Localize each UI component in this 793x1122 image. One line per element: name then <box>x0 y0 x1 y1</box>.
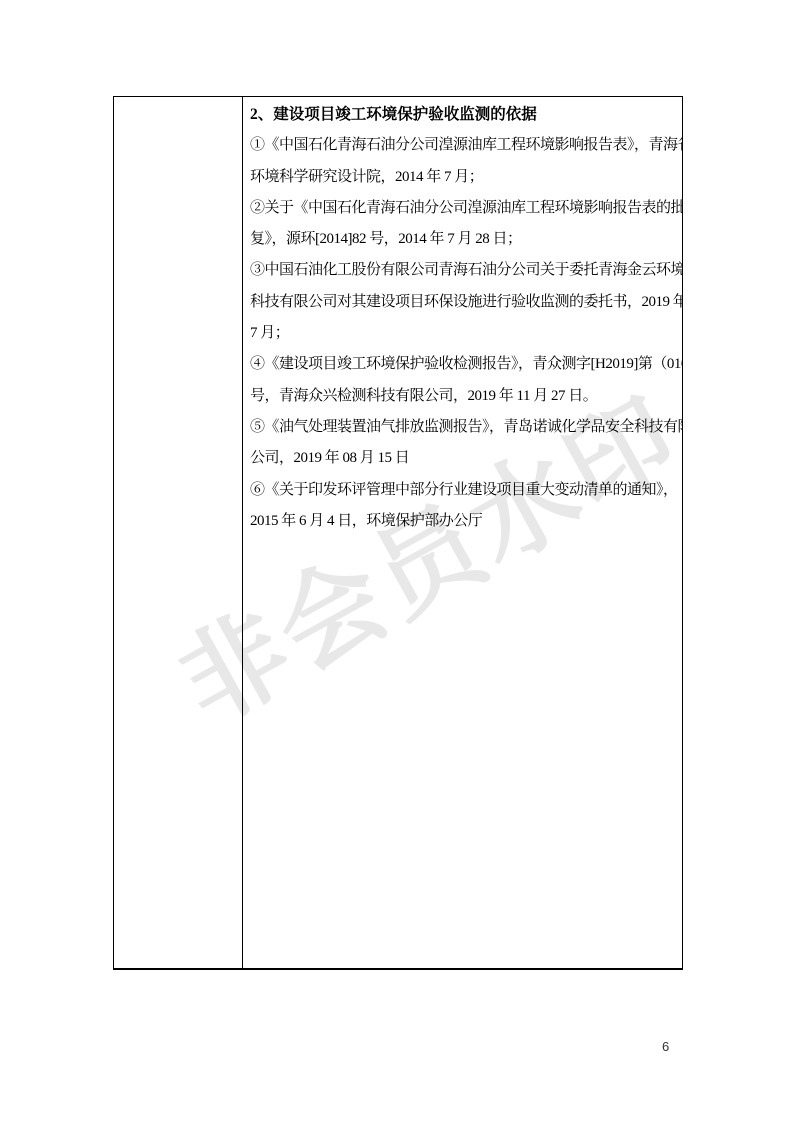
text-line: 复》，源环[2014]82 号，2014 年 7 月 28 日； <box>250 224 678 255</box>
text-line: 环境科学研究设计院，2014 年 7 月； <box>250 162 678 193</box>
table-content-cell: 2、建设项目竣工环境保护验收监测的依据①《中国石化青海石油分公司湟源油库工程环境… <box>243 97 682 968</box>
text-line: ⑥《关于印发环评管理中部分行业建设项目重大变动清单的通知》， <box>250 475 678 506</box>
text-line: 2015 年 6 月 4 日，环境保护部办公厅 <box>250 506 678 537</box>
section-title: 2、建设项目竣工环境保护验收监测的依据 <box>250 99 678 130</box>
text-line: ①《中国石化青海石油分公司湟源油库工程环境影响报告表》，青海省 <box>250 130 678 161</box>
text-line: 号，青海众兴检测科技有限公司，2019 年 11 月 27 日。 <box>250 381 678 412</box>
text-line: ③中国石油化工股份有限公司青海石油分公司关于委托青海金云环境 <box>250 255 678 286</box>
text-line: 公司，2019 年 08 月 15 日 <box>250 443 678 474</box>
table-left-cell <box>114 97 243 968</box>
content-table: 2、建设项目竣工环境保护验收监测的依据①《中国石化青海石油分公司湟源油库工程环境… <box>113 96 683 970</box>
text-line: ②关于《中国石化青海石油分公司湟源油库工程环境影响报告表的批 <box>250 193 678 224</box>
page-number: 6 <box>662 1039 669 1054</box>
text-line: 7 月； <box>250 318 678 349</box>
text-line: ⑤《油气处理装置油气排放监测报告》，青岛诺诚化学品安全科技有限 <box>250 412 678 443</box>
text-line: 科技有限公司对其建设项目环保设施进行验收监测的委托书，2019 年 <box>250 287 678 318</box>
text-line: ④《建设项目竣工环境保护验收检测报告》，青众测字[H2019]第（0105） <box>250 349 678 380</box>
